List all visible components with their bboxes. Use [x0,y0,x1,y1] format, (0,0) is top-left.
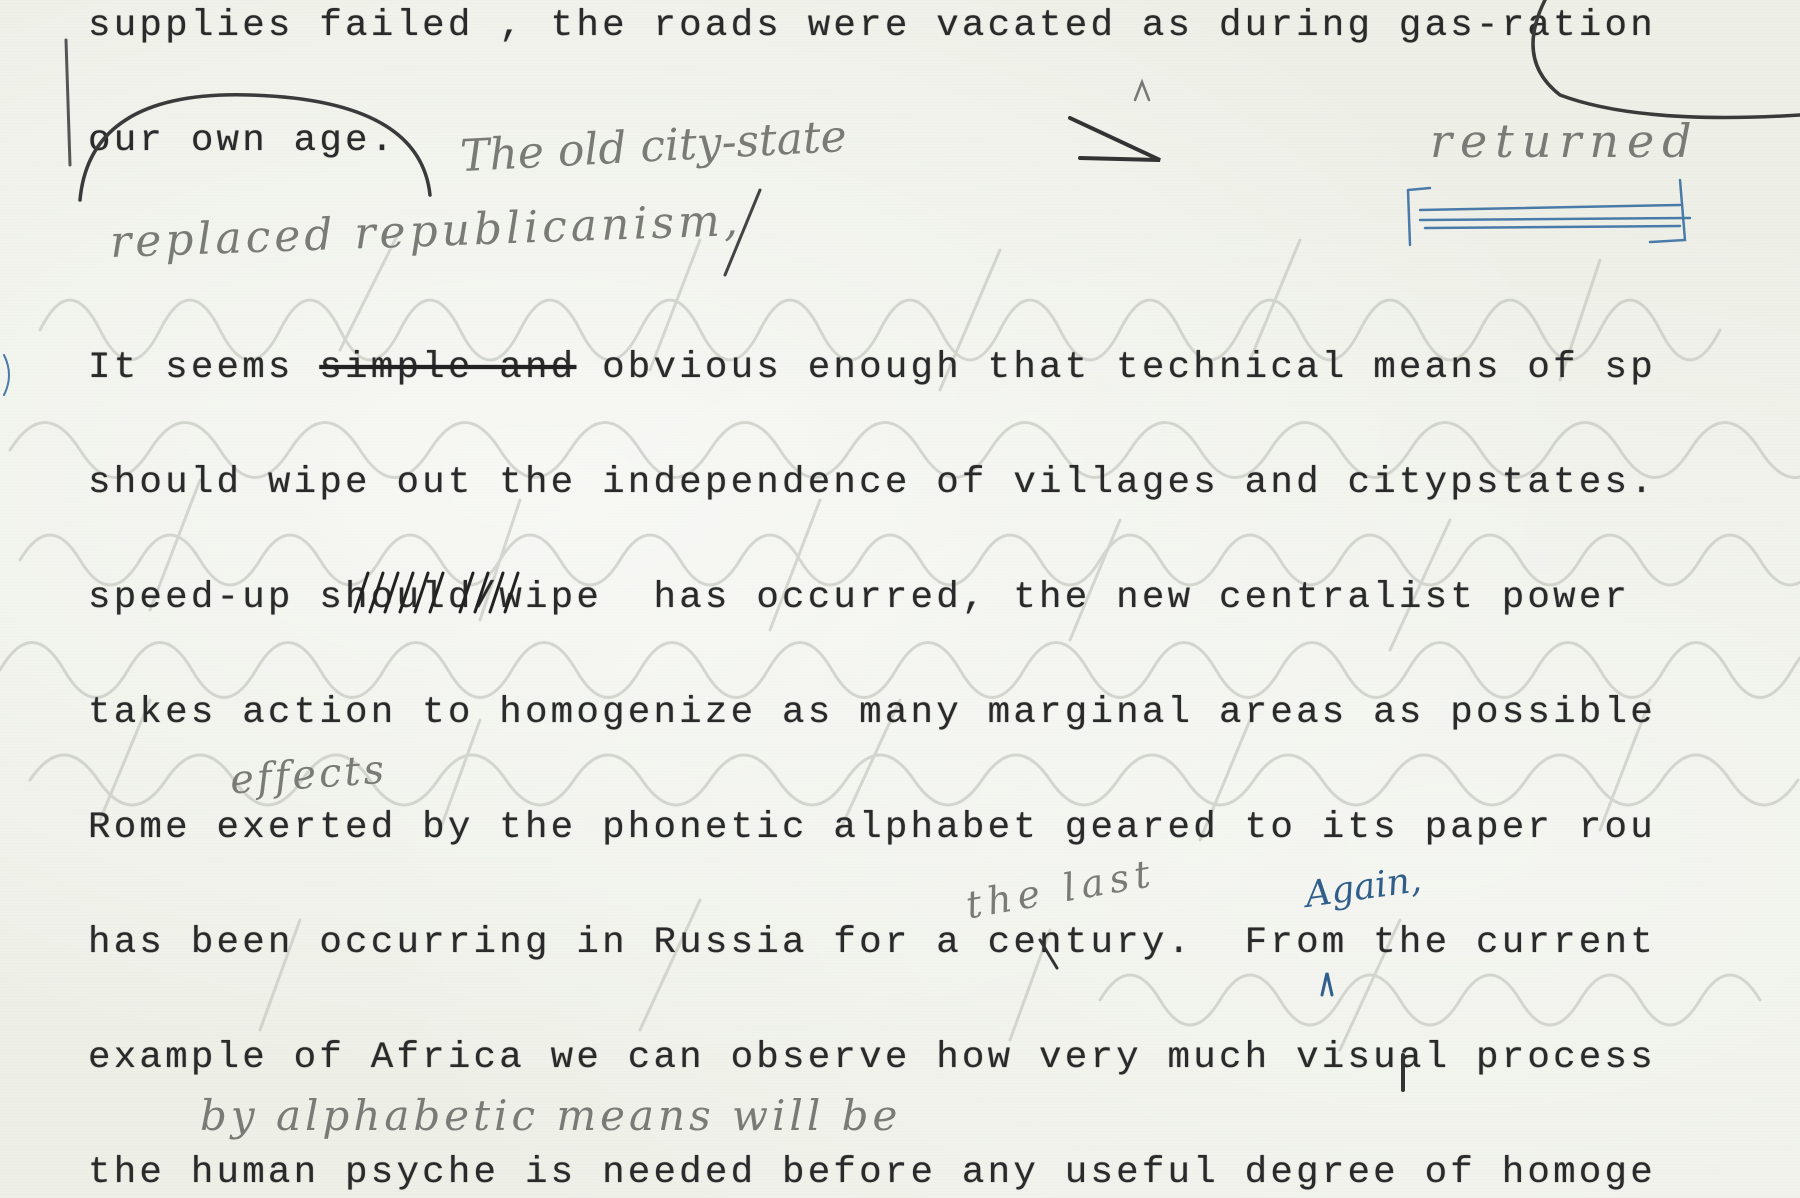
typed-text-segment: takes action to homogenize as many margi… [88,692,1656,734]
typed-text-segment: should wipe out the independence of vill… [88,462,1656,504]
handwritten-note: by alphabetic means will be [200,1095,901,1137]
typed-text-segment: our own age. [88,120,396,162]
typed-text-segment: Rome exerted by the phonetic alphabet ge… [88,807,1656,849]
typed-text-segment: has been occurring in Russia for a centu… [88,922,1656,964]
typed-line-5: speed-up should/wipe has occurred, the n… [88,580,1630,618]
slashed-out-text: should/wipe [319,577,602,619]
typed-line-6: takes action to homogenize as many margi… [88,695,1656,733]
typed-line-4: should wipe out the independence of vill… [88,465,1656,503]
handwritten-note: returned [1430,118,1700,164]
typed-text-segment: obvious enough that technical means of s… [576,347,1656,389]
typed-text-segment: supplies failed , the roads were vacated… [88,5,1656,47]
typed-line-7: Rome exerted by the phonetic alphabet ge… [88,810,1656,848]
typed-text-segment: speed-up [88,577,319,619]
typed-text-segment: the human psyche is needed before any us… [88,1152,1656,1194]
typed-text-segment: has occurred, the new centralist power [602,577,1630,619]
typed-line-2: our own age. [88,123,396,161]
handwritten-note: effects [229,750,388,801]
typed-text-segment: example of Africa we can observe how ver… [88,1037,1656,1079]
typed-line-1: supplies failed , the roads were vacated… [88,8,1656,46]
typed-line-10: the human psyche is needed before any us… [88,1155,1656,1193]
typed-line-3: It seems simple and obvious enough that … [88,350,1656,388]
typed-text-segment: It seems [88,347,319,389]
struck-text: simple and [319,347,576,389]
typed-line-8: has been occurring in Russia for a centu… [88,925,1656,963]
typed-line-9: example of Africa we can observe how ver… [88,1040,1656,1078]
